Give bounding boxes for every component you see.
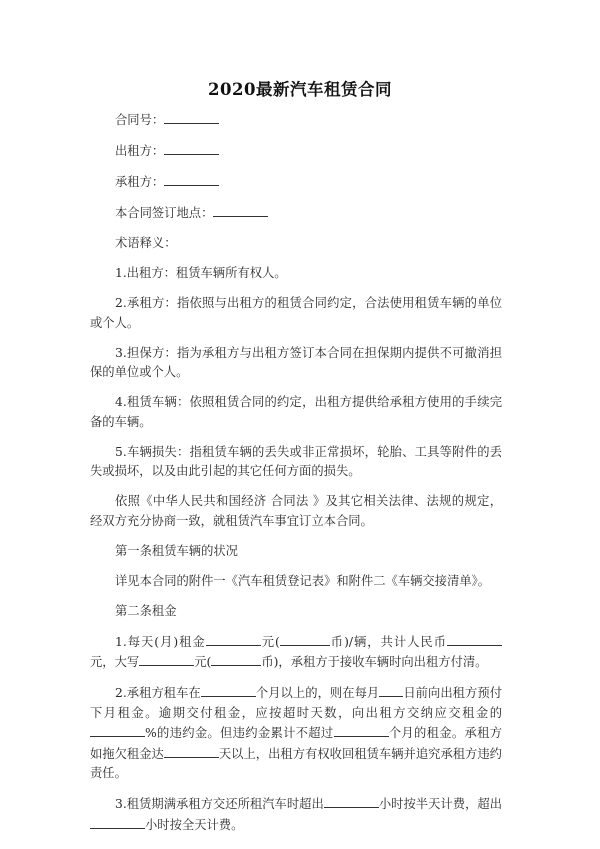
blank-full-day-hours[interactable] bbox=[90, 815, 145, 829]
term-item: 2.承租方：指依照与出租方的租赁合同约定，合法使用租赁车辆的单位或个人。 bbox=[90, 294, 502, 333]
article1-heading: 第一条租赁车辆的状况 bbox=[90, 542, 502, 562]
article1-text: 详见本合同的附件一《汽车租赁登记表》和附件二《车辆交接清单》。 bbox=[90, 572, 502, 592]
term-item: 4.租赁车辆：依照租赁合同的约定，出租方提供给承租方使用的手续完备的车辆。 bbox=[90, 393, 502, 432]
blank-lessee[interactable] bbox=[164, 172, 219, 186]
blank-half-day-hours[interactable] bbox=[324, 794, 379, 808]
blank-signing-place[interactable] bbox=[213, 203, 268, 217]
term-item: 1.出租方：租赁车辆所有权人。 bbox=[90, 264, 502, 284]
blank-currency[interactable] bbox=[280, 632, 330, 646]
document-page: 2020最新汽车租赁合同 合同号： 出租方： 承租方： 本合同签订地点： 术语释… bbox=[0, 0, 600, 849]
blank-overdue-days[interactable] bbox=[164, 744, 219, 758]
document-body: 合同号： 出租方： 承租方： 本合同签订地点： 术语释义： 1.出租方：租赁车辆… bbox=[90, 110, 502, 846]
blank-currency-2[interactable] bbox=[211, 652, 261, 666]
article2-clause2: 2.承租方租车在个月以上的，则在每月日前向出租方预付下月租金。逾期交付租金，应按… bbox=[90, 683, 502, 784]
blank-day[interactable] bbox=[379, 683, 403, 697]
field-label: 合同号： bbox=[115, 113, 164, 127]
field-signing-place: 本合同签订地点： bbox=[90, 203, 502, 224]
term-item: 5.车辆损失：指租赁车辆的丢失或非正常损坏，轮胎、工具等附件的丢失或损坏，以及由… bbox=[90, 443, 502, 482]
blank-daily-rent[interactable] bbox=[206, 632, 261, 646]
field-lessee: 承租方： bbox=[90, 172, 502, 193]
blank-total-words[interactable] bbox=[139, 652, 194, 666]
field-contract-number: 合同号： bbox=[90, 110, 502, 131]
article2-heading: 第二条租金 bbox=[90, 602, 502, 622]
terms-heading: 术语释义： bbox=[90, 234, 502, 254]
field-label: 本合同签订地点： bbox=[115, 206, 213, 220]
blank-penalty-percent[interactable] bbox=[90, 723, 145, 737]
blank-max-months[interactable] bbox=[334, 723, 389, 737]
article2-clause3: 3.租赁期满承租方交还所租汽车时超出小时按半天计费，超出小时按全天计费。 bbox=[90, 794, 502, 835]
blank-months[interactable] bbox=[201, 683, 256, 697]
field-label: 承租方： bbox=[115, 175, 164, 189]
field-lessor: 出租方： bbox=[90, 141, 502, 162]
document-title: 2020最新汽车租赁合同 bbox=[0, 76, 600, 100]
field-label: 出租方： bbox=[115, 144, 164, 158]
blank-total-rmb[interactable] bbox=[447, 632, 502, 646]
preamble: 依照《中华人民共和国经济 合同法 》及其它相关法律、法规的规定，经双方充分协商一… bbox=[90, 492, 502, 531]
blank-contract-number[interactable] bbox=[164, 110, 219, 124]
term-item: 3.担保方：指为承租方与出租方签订本合同在担保期内提供不可撤消担保的单位或个人。 bbox=[90, 344, 502, 383]
blank-lessor[interactable] bbox=[164, 141, 219, 155]
article2-clause1: 1.每天(月)租金元(币)/辆，共计人民币元，大写元(币)，承租方于接收车辆时向… bbox=[90, 632, 502, 673]
